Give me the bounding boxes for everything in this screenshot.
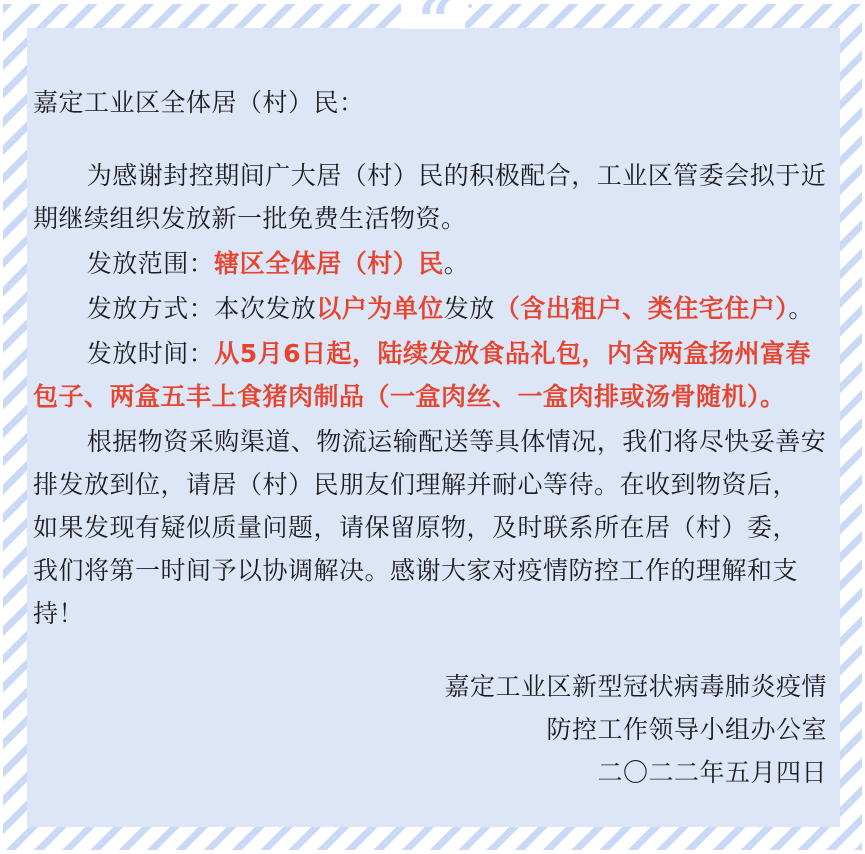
notice-body: 为感谢封控期间广大居（村）民的积极配合，工业区管委会拟于近 期继续组织发放新一批… [33,154,839,635]
signature-line-1: 嘉定工业区新型冠状病毒肺炎疫情 [33,665,827,708]
paragraph-method-segment: 。 [788,294,814,323]
quote-icon: “ [401,0,465,29]
paragraph-method: 发放方式：本次发放以户为单位发放（含出租户、类住宅住户）。 [33,287,839,330]
paragraph-method-segment: 发放 [444,294,495,323]
paragraph-method-segment: 以户为单位 [316,294,444,323]
salutation: 嘉定工业区全体居（村）民： [33,81,839,124]
signature-line-3: 二〇二二年五月四日 [33,751,827,794]
quote-dot-decoration [468,4,472,8]
notice-content: 嘉定工业区全体居（村）民： 为感谢封控期间广大居（村）民的积极配合，工业区管委会… [33,81,839,794]
paragraph-scope-segment: 辖区全体居（村）民 [214,249,444,278]
signature-block: 嘉定工业区新型冠状病毒肺炎疫情防控工作领导小组办公室二〇二二年五月四日 [33,665,839,794]
signature-line-2: 防控工作领导小组办公室 [33,708,827,751]
paragraph-scope: 发放范围：辖区全体居（村）民。 [33,242,839,285]
paragraph-time: 发放时间：从5月6日起，陆续发放食品礼包，内含两盒扬州富春 包子、两盒五丰上食猪… [33,332,839,418]
paragraph-intro: 为感谢封控期间广大居（村）民的积极配合，工业区管委会拟于近 期继续组织发放新一批… [33,154,839,240]
paragraph-intro-segment: 为感谢封控期间广大居（村）民的积极配合，工业区管委会拟于近 期继续组织发放新一批… [33,161,826,233]
paragraph-time-segment: 发放时间： [87,339,215,368]
paragraph-method-segment: （含出租户、类住宅住户） [495,294,789,323]
paragraph-scope-segment: 发放范围： [87,249,215,278]
quote-badge: “ [401,0,465,29]
paragraph-method-segment: 发放方式：本次发放 [87,294,317,323]
paragraph-closing-segment: 根据物资采购渠道、物流运输配送等具体情况，我们将尽快妥善安 排发放到位，请居（村… [33,427,826,628]
paragraph-scope-segment: 。 [444,249,470,278]
paragraph-closing: 根据物资采购渠道、物流运输配送等具体情况，我们将尽快妥善安 排发放到位，请居（村… [33,420,839,635]
